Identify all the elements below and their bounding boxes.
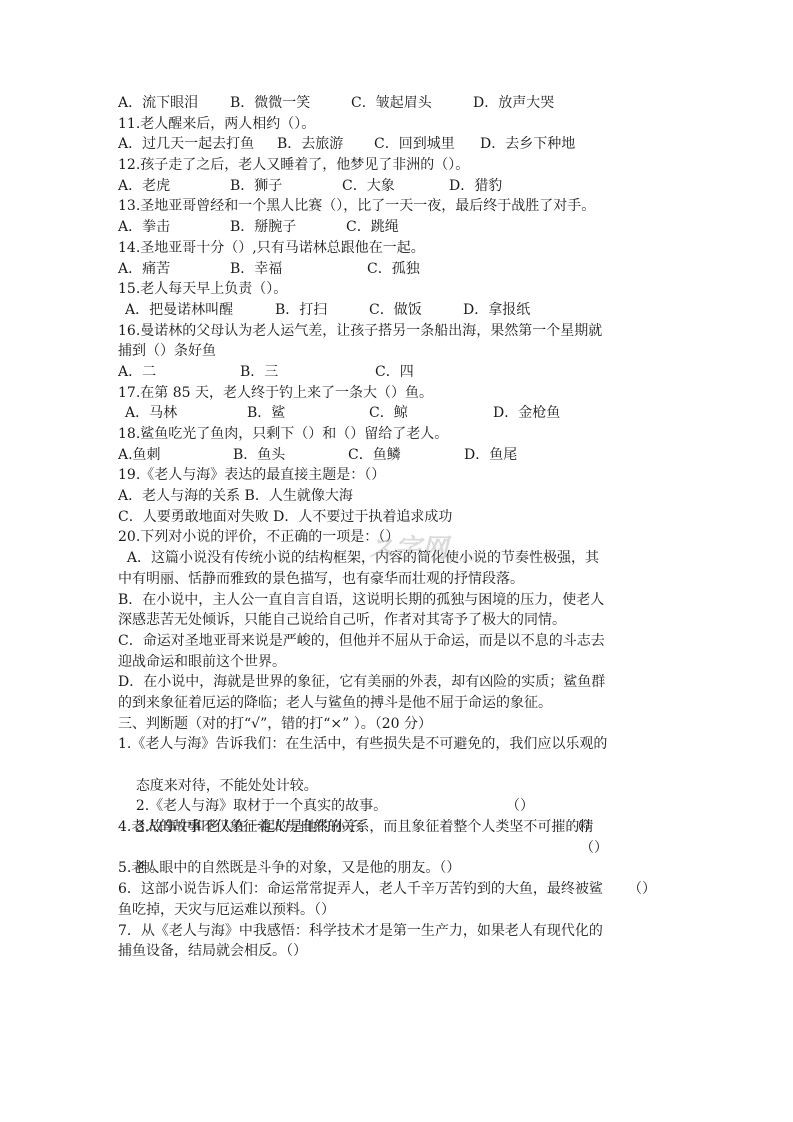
- option: C．鲸: [369, 403, 493, 424]
- option: C．孤独: [367, 259, 420, 280]
- option: B．三: [240, 362, 375, 383]
- option: C．大象: [342, 176, 449, 197]
- question-stem: 15.老人每天早上负责（）。: [118, 279, 678, 300]
- q20-option-a-continued: 中有明丽、恬静而雅致的景色描写，也有豪华而壮观的抒情段落。: [118, 569, 678, 590]
- question-stem: 18.鲨鱼吃光了鱼肉，只剩下（）和（）留给了老人。: [118, 424, 678, 445]
- judgement-item: 1.《老人与海》告诉我们：在生活中，有些损失是不可避免的，我们应以乐观的: [118, 734, 678, 755]
- option: D．猎豹: [449, 176, 502, 197]
- option: D．拿报纸: [463, 300, 530, 321]
- q20-option-b: B．在小说中，主人公一直自言自语，这说明长期的孤独与困境的压力，使老人: [118, 590, 678, 611]
- judgement-item: 7．从《老人与海》中我感悟：科学技术才是第一生产力，如果老人有现代化的: [118, 921, 678, 942]
- option: A．把曼诺林叫醒: [125, 300, 275, 321]
- judgement-item-continued: 态度来对待，不能处处计较。 （）: [118, 755, 678, 776]
- worksheet-page: A．流下眼泪 B．微微一笑 C．皱起眉头 D．放声大哭 11.老人醒来后，两人相…: [118, 93, 678, 962]
- option: A．马林: [125, 403, 247, 424]
- section-heading: 三、判断题（对的打“√”，错的打“×” ）。（20 分）: [118, 714, 678, 735]
- option: D．去乡下种地: [480, 134, 575, 155]
- option: A．流下眼泪: [118, 93, 230, 114]
- option: D．金枪鱼: [493, 403, 560, 424]
- option: B．鲨: [247, 403, 369, 424]
- question-stem: 20.下列对小说的评价，不正确的一项是：（）: [118, 527, 678, 548]
- option: A．痛苦: [118, 259, 230, 280]
- q20-option-b-continued: 深感悲苦无处倾诉，只能自己说给自己听，作者对其寄予了极大的同情。: [118, 610, 678, 631]
- option: A．老虎: [118, 176, 230, 197]
- question-stem: 17.在第 85 天，老人终于钓上来了一条大（）鱼。: [118, 383, 678, 404]
- option: B．鱼头: [233, 445, 348, 466]
- q20-option-a: A．这篇小说没有传统小说的结构框架，内容的简化使小说的节奏性极强，其: [118, 548, 678, 569]
- q11-options: A．过几天一起去打鱼 B．去旅游 C．回到城里 D．去乡下种地: [118, 134, 678, 155]
- item-text: 神。: [136, 860, 164, 876]
- judgement-item-continued: 捕鱼设备，结局就会相反。（）: [118, 941, 678, 962]
- question-stem-continued: 捕到（）条好鱼: [118, 341, 678, 362]
- judgement-item: 5.老人眼中的自然既是斗争的对象，又是他的朋友。（）: [118, 858, 678, 879]
- q20-option-d: D．在小说中，海就是世界的象征，它有美丽的外表，却有凶险的实质；鲨鱼群: [118, 672, 678, 693]
- q19-options-line: A．老人与海的关系 B．人生就像大海: [118, 486, 678, 507]
- option: A．拳击: [118, 217, 230, 238]
- option: B．去旅游: [277, 134, 374, 155]
- judgement-item-continued: 鱼吃掉，天灾与厄运难以预料。（）: [118, 900, 678, 921]
- q18-options: A.鱼刺 B．鱼头 C．鱼鳞 D．鱼尾: [118, 445, 678, 466]
- option: D．鱼尾: [464, 445, 517, 466]
- option: C．四: [375, 362, 414, 383]
- option: B．掰腕子: [230, 217, 346, 238]
- q20-option-d-continued: 的到来象征着厄运的降临；老人与鲨鱼的搏斗是他不屈于命运的象征。: [118, 693, 678, 714]
- option: B．幸福: [230, 259, 367, 280]
- option: C．回到城里: [374, 134, 480, 155]
- option: C．做饭: [369, 300, 463, 321]
- judgement-item: 3.故事中和老人在一起的是他的孙子。 （）: [118, 796, 678, 817]
- option: B．打扫: [275, 300, 369, 321]
- option: C．鱼鳞: [348, 445, 464, 466]
- question-stem: 13.圣地亚哥曾经和一个黑人比赛（），比了一天一夜，最后终于战胜了对手。: [118, 196, 678, 217]
- option: B．微微一笑: [230, 93, 351, 114]
- judgement-item-continued: 神。 （）: [118, 838, 678, 859]
- option: B．狮子: [230, 176, 342, 197]
- q10-options: A．流下眼泪 B．微微一笑 C．皱起眉头 D．放声大哭: [118, 93, 678, 114]
- item-text: 3.故事中和老人在一起的是他的孙子。: [136, 819, 373, 835]
- q14-options: A．痛苦 B．幸福 C．孤独: [118, 259, 678, 280]
- option: C．皱起眉头: [351, 93, 473, 114]
- q15-options: A．把曼诺林叫醒 B．打扫 C．做饭 D．拿报纸: [118, 300, 678, 321]
- option: A.鱼刺: [118, 445, 233, 466]
- question-stem: 11.老人醒来后，两人相约（）。: [118, 114, 678, 135]
- q20-option-c: C．命运对圣地亚哥来说是严峻的，但他并不屈从于命运，而是以不息的斗志去: [118, 631, 678, 652]
- q20-option-c-continued: 迎战命运和眼前这个世界。: [118, 652, 678, 673]
- q19-options-line: C．人要勇敢地面对失败 D．人不要过于执着追求成功: [118, 507, 678, 528]
- option: D．放声大哭: [473, 93, 554, 114]
- answer-blank[interactable]: （）: [570, 817, 598, 838]
- q13-options: A．拳击 B．掰腕子 C．跳绳: [118, 217, 678, 238]
- q16-options: A．二 B．三 C．四: [118, 362, 678, 383]
- question-stem: 12.孩子走了之后，老人又睡着了，他梦见了非洲的（）。: [118, 155, 678, 176]
- q17-options: A．马林 B．鲨 C．鲸 D．金枪鱼: [118, 403, 678, 424]
- option: C．跳绳: [346, 217, 399, 238]
- question-stem: 19.《老人与海》表达的最直接主题是：（）: [118, 465, 678, 486]
- answer-blank[interactable]: （）: [628, 879, 656, 900]
- judgement-item: 6．这部小说告诉人们：命运常常捉弄人，老人千辛万苦钓到的大鱼，最终被鲨: [118, 879, 678, 900]
- question-stem: 14.圣地亚哥十分（）,只有马诺林总跟他在一起。: [118, 238, 678, 259]
- q12-options: A．老虎 B．狮子 C．大象 D．猎豹: [118, 176, 678, 197]
- question-stem: 16.曼诺林的父母认为老人运气差，让孩子搭另一条船出海，果然第一个星期就: [118, 321, 678, 342]
- option: A．二: [118, 362, 240, 383]
- judgement-item: 2.《老人与海》取材于一个真实的故事。 （）: [118, 776, 678, 797]
- option: A．过几天一起去打鱼: [118, 134, 277, 155]
